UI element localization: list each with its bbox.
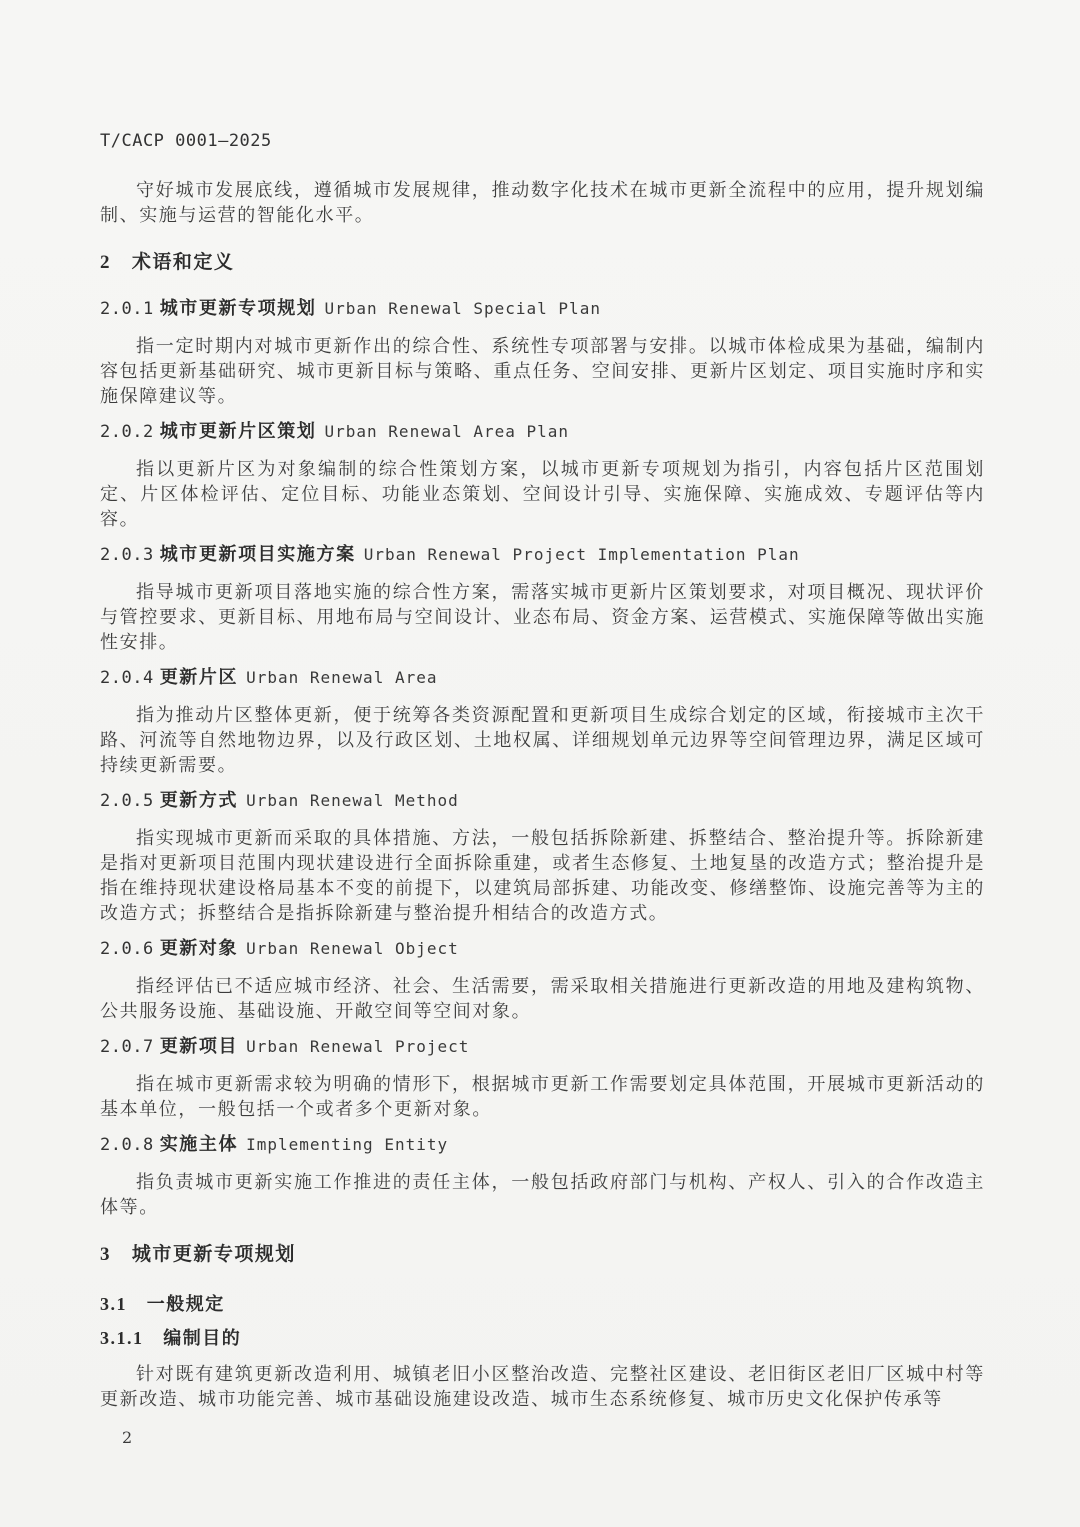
heading-title: 编制目的 <box>163 1328 241 1348</box>
term-title-zh: 实施主体 <box>160 1134 238 1154</box>
term-heading: 2.0.1城市更新专项规划Urban Renewal Special Plan <box>100 296 985 321</box>
term-heading: 2.0.5更新方式Urban Renewal Method <box>100 788 985 813</box>
term-heading: 2.0.3城市更新项目实施方案Urban Renewal Project Imp… <box>100 542 985 567</box>
term-number: 2.0.7 <box>100 1037 154 1057</box>
term-number: 2.0.2 <box>100 422 154 442</box>
heading-number: 3.1 <box>100 1294 127 1314</box>
chapter-heading: 3城市更新专项规划 <box>100 1242 985 1268</box>
term-number: 2.0.1 <box>100 299 154 319</box>
term-title-en: Urban Renewal Method <box>246 791 459 810</box>
term-title-en: Urban Renewal Special Plan <box>325 299 601 318</box>
term-title-zh: 更新方式 <box>160 790 238 810</box>
body-paragraph: 指导城市更新项目落地实施的综合性方案，需落实城市更新片区策划要求，对项目概况、现… <box>100 580 985 655</box>
chapter-heading: 2术语和定义 <box>100 250 985 276</box>
body-paragraph: 指一定时期内对城市更新作出的综合性、系统性专项部署与安排。以城市体检成果为基础，… <box>100 334 985 409</box>
term-title-en: Urban Renewal Object <box>246 939 459 958</box>
body-paragraph: 指负责城市更新实施工作推进的责任主体，一般包括政府部门与机构、产权人、引入的合作… <box>100 1170 985 1220</box>
term-title-en: Urban Renewal Area Plan <box>325 422 570 441</box>
body-paragraph: 指在城市更新需求较为明确的情形下，根据城市更新工作需要划定具体范围，开展城市更新… <box>100 1072 985 1122</box>
heading-title: 城市更新专项规划 <box>132 1244 296 1265</box>
term-number: 2.0.8 <box>100 1135 154 1155</box>
doc-code-header: T/CACP 0001—2025 <box>100 130 985 152</box>
term-title-zh: 城市更新片区策划 <box>160 421 317 441</box>
page-number: 2 <box>100 1428 985 1447</box>
term-title-en: Urban Renewal Project Implementation Pla… <box>364 545 800 564</box>
term-heading: 2.0.4更新片区Urban Renewal Area <box>100 665 985 690</box>
term-title-en: Urban Renewal Project <box>246 1037 469 1056</box>
term-title-zh: 更新片区 <box>160 667 238 687</box>
term-heading: 2.0.8实施主体Implementing Entity <box>100 1132 985 1157</box>
term-title-zh: 城市更新专项规划 <box>160 298 317 318</box>
body-paragraph: 指经评估已不适应城市经济、社会、生活需要，需采取相关措施进行更新改造的用地及建构… <box>100 974 985 1024</box>
heading-title: 一般规定 <box>147 1294 225 1314</box>
term-heading: 2.0.2城市更新片区策划Urban Renewal Area Plan <box>100 419 985 444</box>
term-heading: 2.0.7更新项目Urban Renewal Project <box>100 1034 985 1059</box>
heading-number: 2 <box>100 252 111 273</box>
heading-title: 术语和定义 <box>132 252 235 273</box>
term-title-zh: 城市更新项目实施方案 <box>160 544 356 564</box>
term-number: 2.0.5 <box>100 791 154 811</box>
document-body: 守好城市发展底线，遵循城市发展规律，推动数字化技术在城市更新全流程中的应用，提升… <box>100 178 985 1412</box>
section-heading: 3.1一般规定 <box>100 1292 985 1316</box>
term-heading: 2.0.6更新对象Urban Renewal Object <box>100 936 985 961</box>
term-title-en: Urban Renewal Area <box>246 668 437 687</box>
subsection-heading: 3.1.1编制目的 <box>100 1326 985 1350</box>
body-paragraph: 守好城市发展底线，遵循城市发展规律，推动数字化技术在城市更新全流程中的应用，提升… <box>100 178 985 228</box>
heading-number: 3.1.1 <box>100 1328 144 1348</box>
term-title-zh: 更新项目 <box>160 1036 238 1056</box>
body-paragraph: 指实现城市更新而采取的具体措施、方法，一般包括拆除新建、拆整结合、整治提升等。拆… <box>100 826 985 926</box>
term-number: 2.0.6 <box>100 939 154 959</box>
term-number: 2.0.3 <box>100 545 154 565</box>
term-title-zh: 更新对象 <box>160 938 238 958</box>
body-paragraph: 指为推动片区整体更新，便于统筹各类资源配置和更新项目生成综合划定的区域，衔接城市… <box>100 703 985 778</box>
term-title-en: Implementing Entity <box>246 1135 448 1154</box>
body-paragraph: 针对既有建筑更新改造利用、城镇老旧小区整治改造、完整社区建设、老旧街区老旧厂区城… <box>100 1362 985 1412</box>
document-page: T/CACP 0001—2025 守好城市发展底线，遵循城市发展规律，推动数字化… <box>0 0 1080 1527</box>
heading-number: 3 <box>100 1244 111 1265</box>
body-paragraph: 指以更新片区为对象编制的综合性策划方案，以城市更新专项规划为指引，内容包括片区范… <box>100 457 985 532</box>
term-number: 2.0.4 <box>100 668 154 688</box>
